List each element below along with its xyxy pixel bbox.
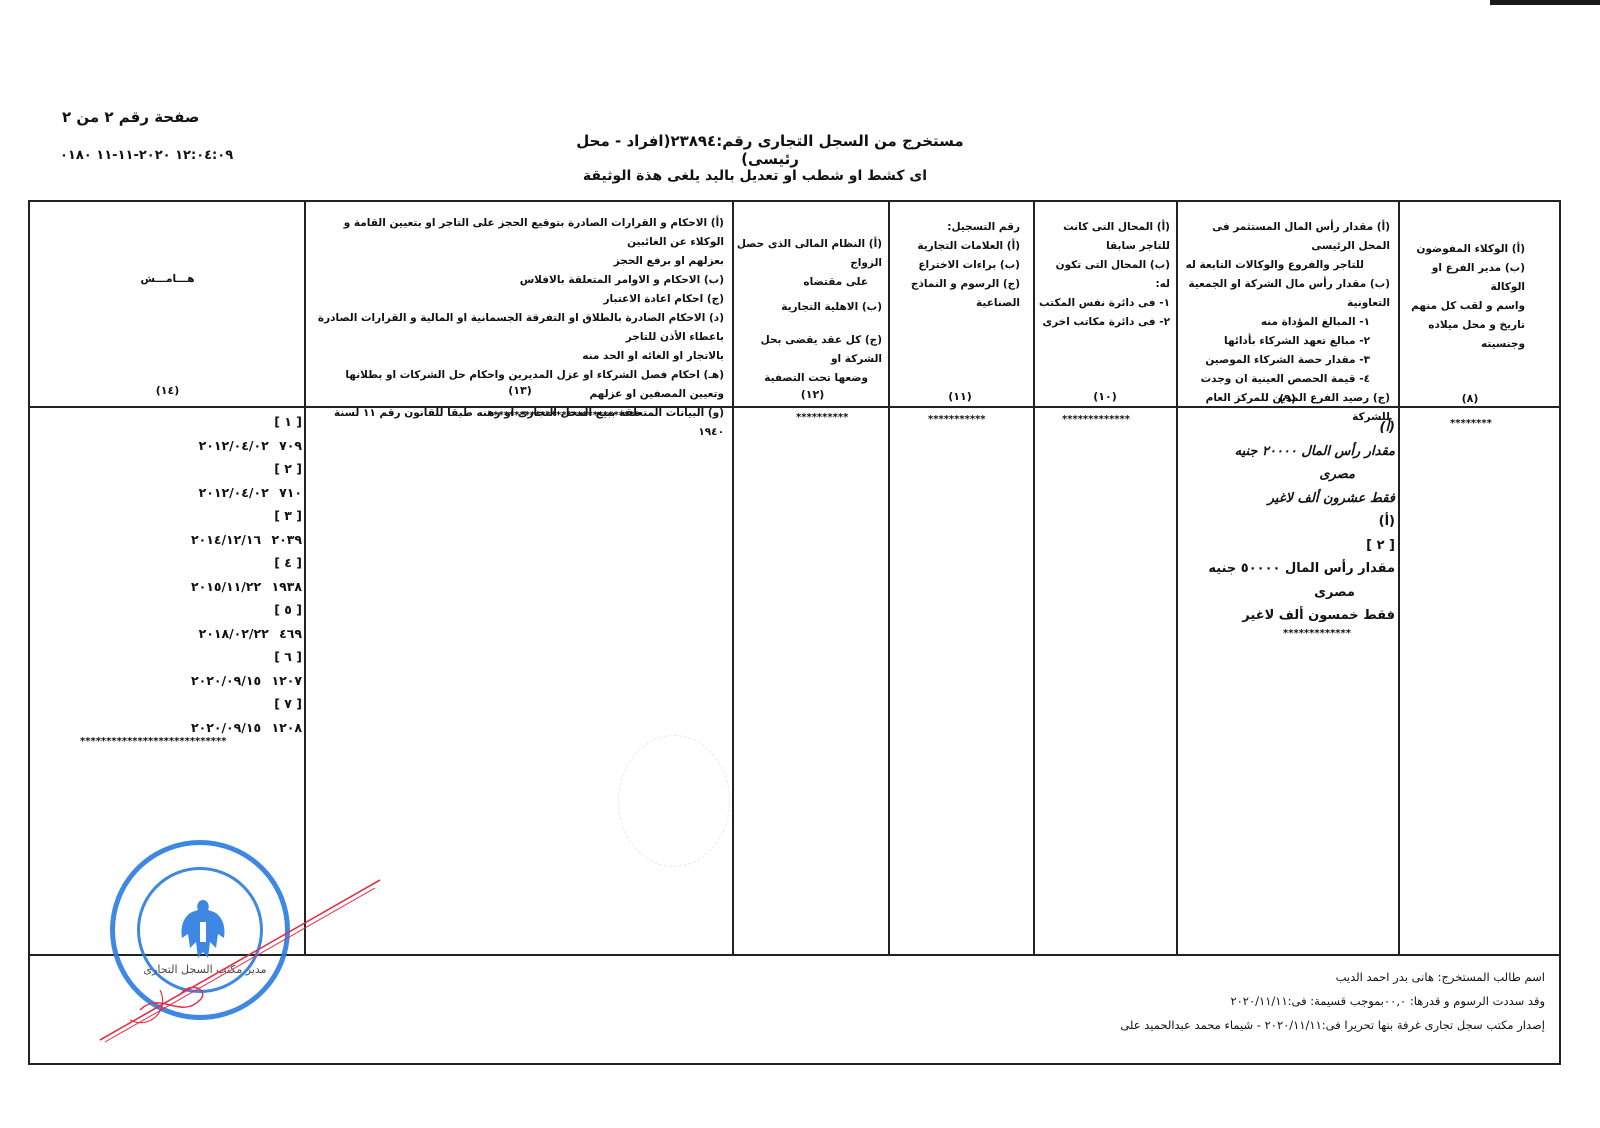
- capital-amount: مقدار رأس المال ٢٠٠٠٠ جنيه: [1185, 440, 1395, 464]
- column-header-10: (أ) المحال التى كانت للتاجر سابقا (ب) ال…: [1038, 218, 1170, 332]
- column-number-14: (١٤): [30, 384, 305, 397]
- capital-amount: مقدار رأس المال ٥٠٠٠٠ جنيه: [1185, 557, 1395, 581]
- margin-entry: ٤٦٩ ٢٠١٨/٠٢/٢٢: [40, 622, 302, 646]
- reference-timestamp: ١٢:٠٤:٠٩ ٢٠٢٠-١١-١١ ٠١٨٠: [60, 148, 233, 163]
- entry-marker: (أ): [1185, 510, 1395, 534]
- column-header-14: هـــامـــش: [30, 270, 305, 289]
- capital-entries: (أ) مقدار رأس المال ٢٠٠٠٠ جنيه مصرى فقط …: [1185, 416, 1395, 628]
- header-line: ٤- قيمة الحصص العينية ان وجدت: [1180, 370, 1390, 389]
- capital-in-words: فقط خمسون ألف لاغير: [1185, 604, 1395, 628]
- entry-index: [ ٦ ]: [40, 645, 302, 669]
- faint-stamp-mark: [618, 735, 730, 867]
- header-line: ٢- مبالغ تعهد الشركاء بأدائها: [1180, 332, 1390, 351]
- header-line: (ب) الاحكام و الاوامر المتعلقة بالافلاس: [308, 271, 724, 290]
- header-line: (أ) الوكلاء المفوضون: [1400, 240, 1525, 259]
- applicant-name: اسم طالب المستخرج: هانى بدر احمد الديب: [1010, 965, 1545, 989]
- entry-index: [ ٧ ]: [40, 692, 302, 716]
- signature-scribble: [90, 870, 390, 1050]
- header-line: (أ) النظام المالى الذى حصل الزواج: [736, 235, 882, 273]
- header-line: للتاجر والفروع والوكالات التابعة له: [1180, 256, 1390, 275]
- margin-entry: ١٩٣٨ ٢٠١٥/١١/٢٢: [40, 575, 302, 599]
- header-line: (د) الاحكام الصادرة بالطلاق او التفرقة ا…: [308, 309, 724, 347]
- empty-filler-13: *****************************: [488, 410, 640, 421]
- page-number: صفحة رقم ٢ من ٢: [62, 108, 199, 126]
- header-line: (ج) كل عقد يقضى بحل الشركة او: [736, 331, 882, 369]
- header-line: (أ) مقدار رأس المال المستثمر فى المحل ال…: [1180, 218, 1390, 256]
- margin-entries: [ ١ ] ٧٠٩ ٢٠١٢/٠٤/٠٢ [ ٢ ] ٧١٠ ٢٠١٢/٠٤/٠…: [40, 410, 302, 739]
- header-line: (ب) مقدار رأس مال الشركة او الجمعية التع…: [1180, 275, 1390, 313]
- column-divider: [732, 202, 734, 956]
- header-line: تاريخ و محل ميلاده وجنسيته: [1400, 316, 1525, 354]
- column-number-8: (٨): [1400, 392, 1540, 405]
- capital-currency: مصرى: [1185, 581, 1395, 605]
- capital-in-words: فقط عشرون ألف لاغير: [1185, 487, 1395, 511]
- capital-end-filler: *************: [1283, 628, 1351, 639]
- header-line: (أ) الاحكام و القرارات الصادرة بتوقيع ال…: [308, 214, 724, 252]
- column-number-12: (١٢): [735, 388, 890, 401]
- header-line: بالاتجار او الغائه او الحد منه: [308, 347, 724, 366]
- entry-index: [ ٢ ]: [40, 457, 302, 481]
- document-title: مستخرج من السجل التجارى رقم:٢٣٨٩٤(افراد …: [560, 132, 980, 168]
- entry-marker: (أ): [1185, 416, 1395, 440]
- header-line: (ب) براءات الاختراع: [890, 256, 1020, 275]
- header-line: على مقتضاه: [736, 273, 882, 292]
- empty-filler-8: ********: [1450, 418, 1492, 429]
- entry-index: [ ٣ ]: [40, 504, 302, 528]
- column-header-11: رقم التسجيل: (أ) العلامات التجارية (ب) ب…: [890, 218, 1020, 313]
- header-line: (ب) الاهلية التجارية: [736, 298, 882, 317]
- margin-entry: ٧١٠ ٢٠١٢/٠٤/٠٢: [40, 481, 302, 505]
- fees-line: وقد سددت الرسوم و قدرها: ٠٠,٠بموجب قسيمة…: [1010, 989, 1545, 1013]
- column-number-10: (١٠): [1035, 390, 1175, 403]
- column-header-12: (أ) النظام المالى الذى حصل الزواج على مق…: [736, 235, 882, 388]
- margin-entry: ١٢٠٧ ٢٠٢٠/٠٩/١٥: [40, 669, 302, 693]
- entry-index: [ ٤ ]: [40, 551, 302, 575]
- margin-end-filler: ****************************: [80, 736, 226, 747]
- header-line: (أ) العلامات التجارية: [890, 237, 1020, 256]
- column-header-13: (أ) الاحكام و القرارات الصادرة بتوقيع ال…: [308, 214, 724, 442]
- issuance-line: إصدار مكتب سجل تجارى غرفة بنها تحريرا فى…: [1010, 1013, 1545, 1037]
- header-line: (ج) الرسوم و النماذج الصناعية: [890, 275, 1020, 313]
- header-line: (ب) مدير الفرع او الوكالة: [1400, 259, 1525, 297]
- document-warning: اى كشط او شطب او تعديل باليد يلغى هذة ال…: [560, 168, 950, 184]
- column-divider: [1176, 202, 1178, 956]
- header-line: وضعها تحت التصفية: [736, 369, 882, 388]
- empty-filler-10: *************: [1062, 414, 1130, 425]
- margin-entry: ٧٠٩ ٢٠١٢/٠٤/٠٢: [40, 434, 302, 458]
- empty-filler-11: ***********: [928, 414, 986, 425]
- header-line: واسم و لقب كل منهم: [1400, 297, 1525, 316]
- margin-entry: ٢٠٣٩ ٢٠١٤/١٢/١٦: [40, 528, 302, 552]
- column-divider: [888, 202, 890, 956]
- header-line: (ب) المحال التى تكون له:: [1038, 256, 1170, 294]
- column-number-9: (٩): [1180, 392, 1395, 405]
- header-line: بعزلهم او برفع الحجز: [308, 252, 724, 271]
- column-number-13: (١٣): [305, 384, 735, 397]
- header-line: رقم التسجيل:: [890, 218, 1020, 237]
- header-line: (ج) احكام اعادة الاعتبار: [308, 290, 724, 309]
- column-number-11: (١١): [890, 390, 1030, 403]
- document-footer: اسم طالب المستخرج: هانى بدر احمد الديب و…: [1010, 965, 1545, 1037]
- header-line: ١- فى دائرة نفس المكتب: [1038, 294, 1170, 313]
- header-line: ٢- فى دائرة مكاتب اخرى: [1038, 313, 1170, 332]
- entry-index: [ ٥ ]: [40, 598, 302, 622]
- empty-filler-12: **********: [796, 412, 848, 423]
- column-divider: [304, 202, 306, 956]
- capital-currency: مصرى: [1185, 463, 1395, 487]
- column-header-8: (أ) الوكلاء المفوضون (ب) مدير الفرع او ا…: [1400, 240, 1525, 354]
- column-divider: [1033, 202, 1035, 956]
- header-line: ٣- مقدار حصة الشركاء الموصين: [1180, 351, 1390, 370]
- entry-index: [ ٢ ]: [1185, 534, 1395, 558]
- header-line: ١- المبالغ المؤداة منه: [1180, 313, 1390, 332]
- header-line: (أ) المحال التى كانت للتاجر سابقا: [1038, 218, 1170, 256]
- top-edge-bar: [1490, 0, 1600, 5]
- entry-index: [ ١ ]: [40, 410, 302, 434]
